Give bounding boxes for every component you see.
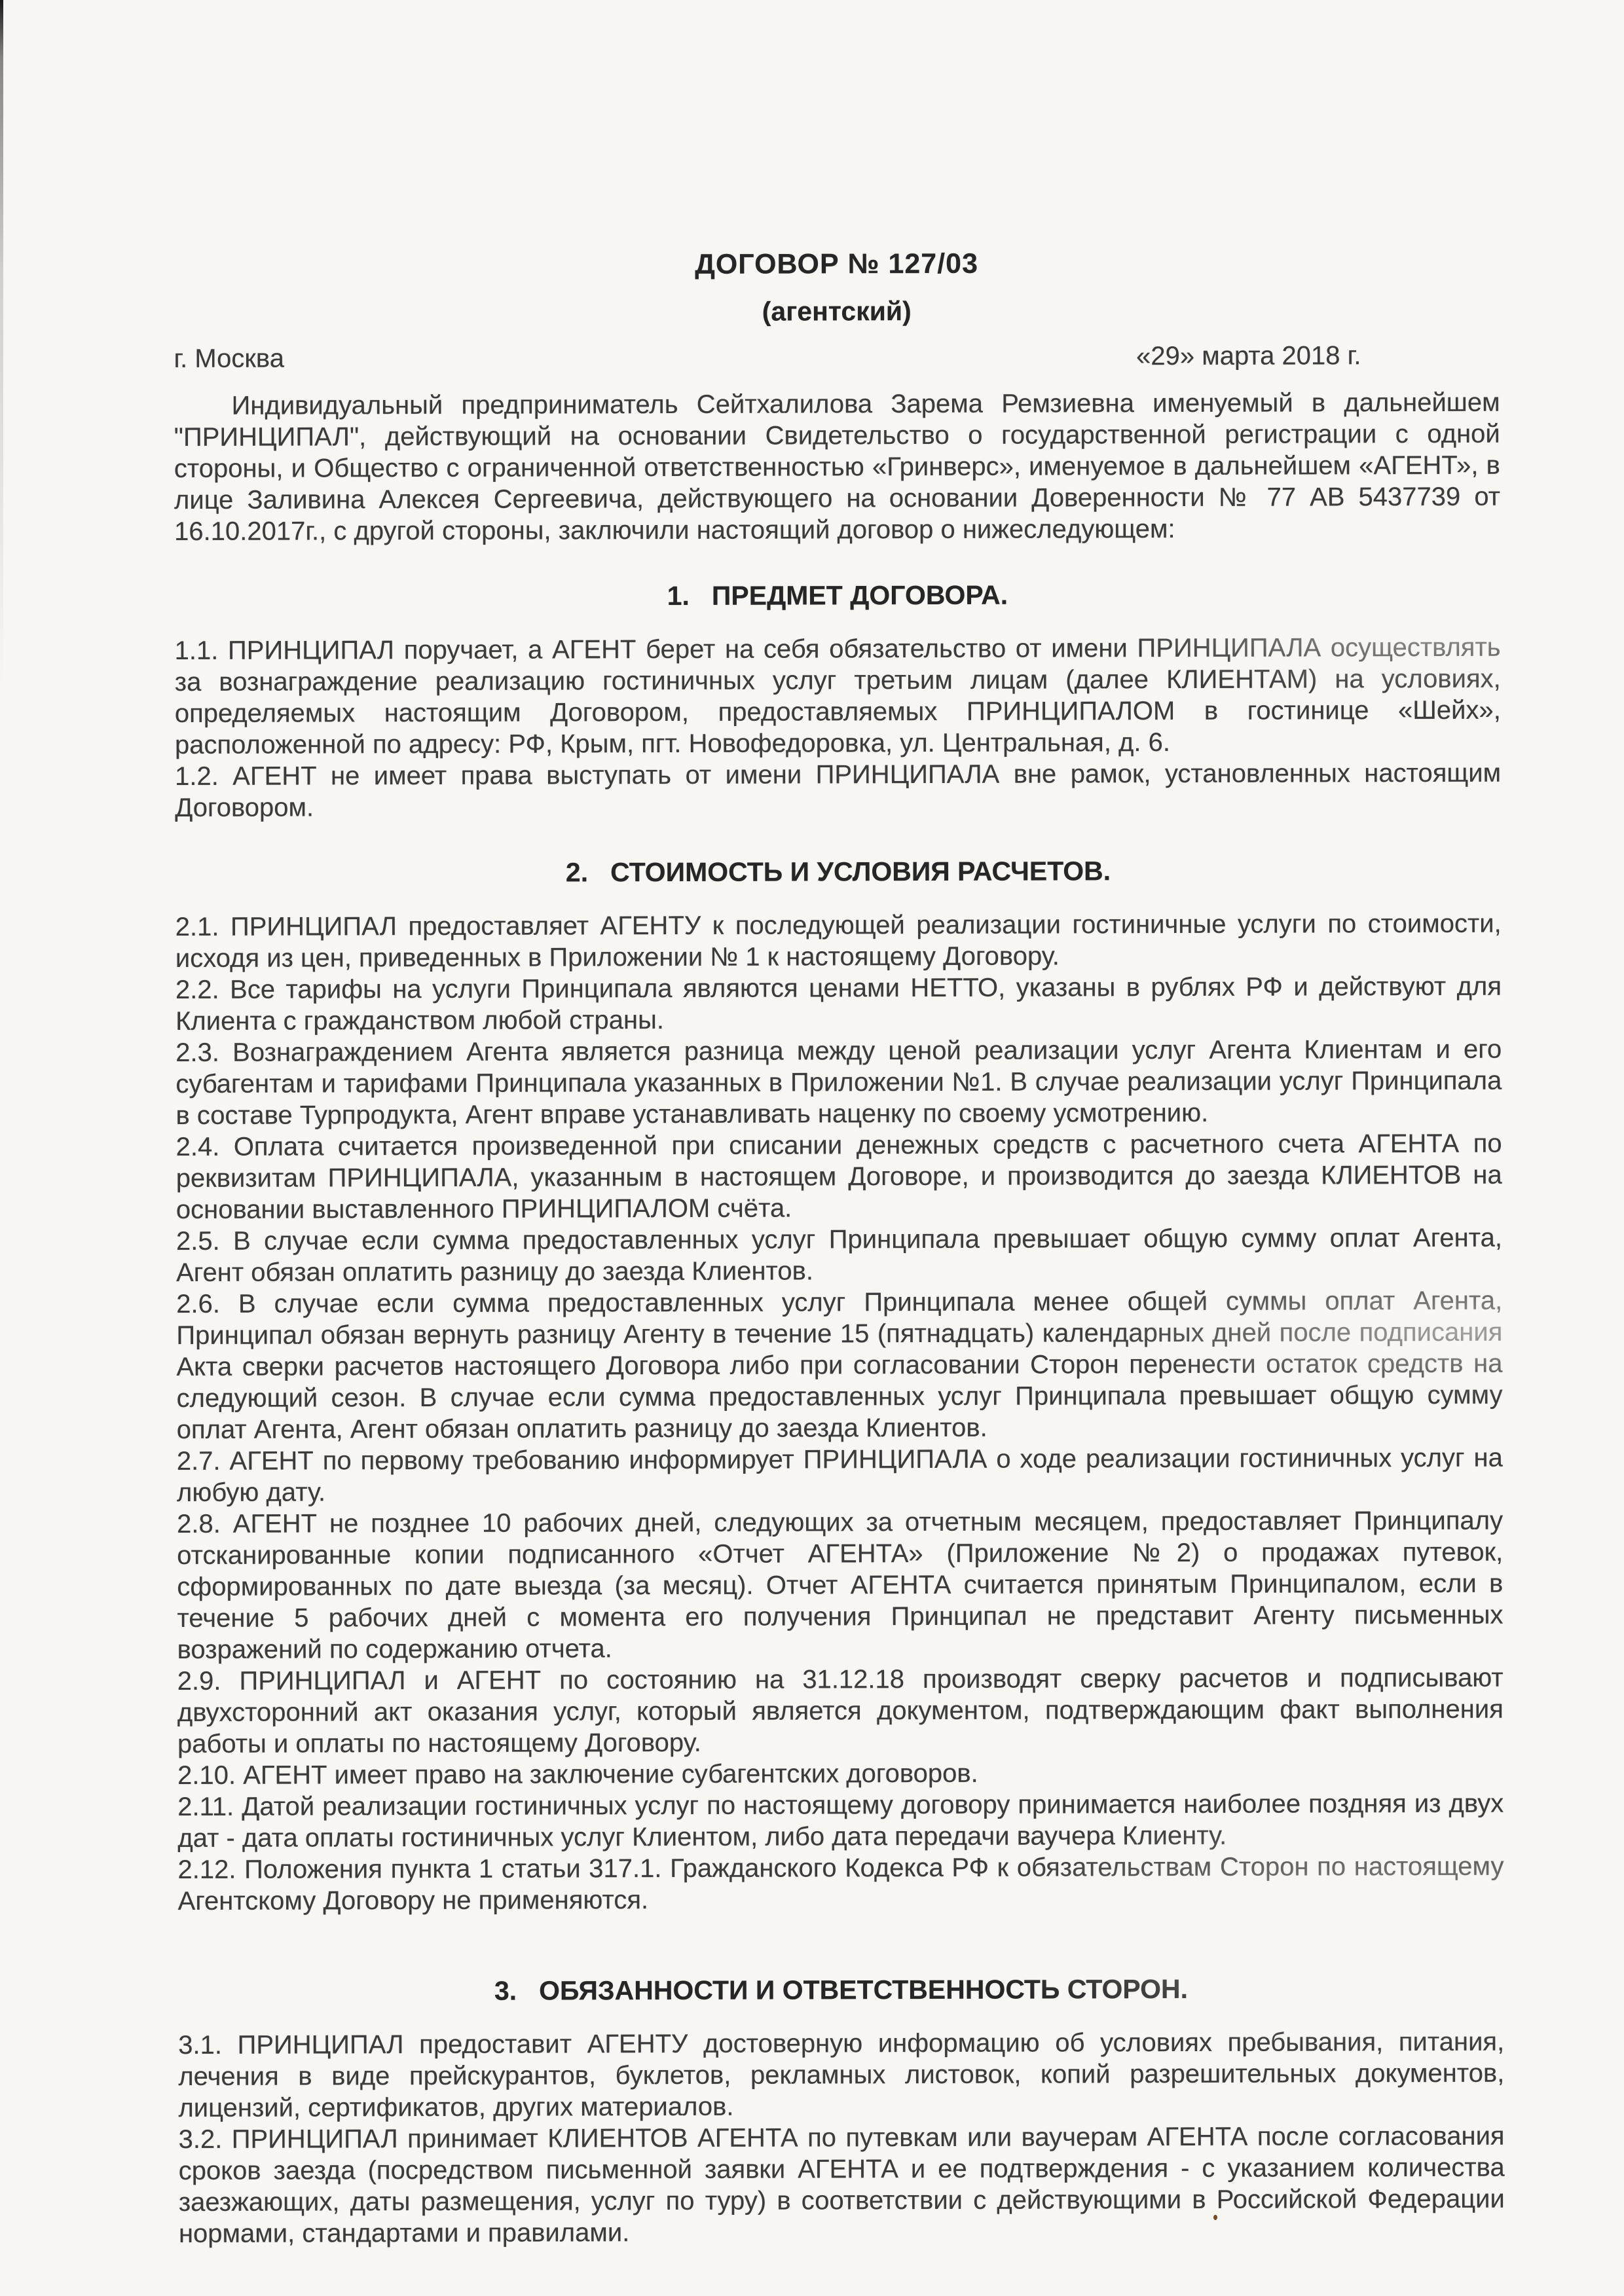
clause-2-4: 2.4. Оплата считается произведенной при … — [176, 1128, 1502, 1226]
clause-2-7: 2.7. АГЕНТ по первому требованию информи… — [177, 1442, 1503, 1508]
section-2-title: СТОИМОСТЬ И УСЛОВИЯ РАСЧЕТОВ. — [610, 856, 1111, 887]
meta-row: г. Москва «29» марта 2018 г. — [174, 340, 1500, 374]
clause-2-2: 2.2. Все тарифы на услуги Принципала явл… — [175, 971, 1502, 1037]
section-2-number: 2. — [566, 857, 588, 887]
section-1-title: ПРЕДМЕТ ДОГОВОРА. — [712, 580, 1008, 611]
clause-1-2: 1.2. АГЕНТ не имеет права выступать от и… — [175, 757, 1501, 824]
preamble-paragraph: Индивидуальный предприниматель Сейтхалил… — [174, 387, 1501, 547]
clause-2-6: 2.6. В случае если сумма предоставленных… — [176, 1285, 1503, 1446]
section-1-heading: 1.ПРЕДМЕТ ДОГОВОРА. — [174, 578, 1500, 613]
date-label: «29» марта 2018 г. — [1136, 340, 1361, 372]
clause-3-1: 3.1. ПРИНЦИПАЛ предоставит АГЕНТУ достов… — [178, 2026, 1504, 2124]
clause-2-8: 2.8. АГЕНТ не позднее 10 рабочих дней, с… — [177, 1505, 1504, 1666]
clause-3-2: 3.2. ПРИНЦИПАЛ принимает КЛИЕНТОВ АГЕНТА… — [178, 2121, 1504, 2250]
section-3-title: ОБЯЗАННОСТИ И ОТВЕТСТВЕННОСТЬ СТОРОН. — [539, 1974, 1188, 2006]
section-3-heading: 3.ОБЯЗАННОСТИ И ОТВЕТСТВЕННОСТЬ СТОРОН. — [178, 1973, 1504, 2007]
clause-2-1: 2.1. ПРИНЦИПАЛ предоставляет АГЕНТУ к по… — [175, 908, 1502, 974]
section-2-heading: 2.СТОИМОСТЬ И УСЛОВИЯ РАСЧЕТОВ. — [175, 854, 1501, 889]
clause-1-1: 1.1. ПРИНЦИПАЛ поручает, а АГЕНТ берет н… — [175, 632, 1501, 761]
city-label: г. Москва — [174, 343, 284, 374]
document-page: ДОГОВОР № 127/03 (агентский) г. Москва «… — [0, 0, 1624, 2296]
document-subtitle: (агентский) — [174, 294, 1500, 329]
clause-2-10: 2.10. АГЕНТ имеет право на заключение су… — [177, 1757, 1504, 1791]
clause-2-12: 2.12. Положения пункта 1 статьи 317.1. Г… — [177, 1851, 1504, 1917]
scan-speck-artifact — [1213, 2215, 1217, 2220]
clause-2-11: 2.11. Датой реализации гостиничных услуг… — [177, 1788, 1504, 1854]
clause-2-3: 2.3. Вознаграждением Агента является раз… — [175, 1034, 1502, 1131]
contract-document: ДОГОВОР № 127/03 (агентский) г. Москва «… — [174, 247, 1505, 2250]
section-1-number: 1. — [667, 581, 690, 611]
clause-2-9: 2.9. ПРИНЦИПАЛ и АГЕНТ по состоянию на 3… — [177, 1662, 1504, 1760]
clause-2-5: 2.5. В случае если сумма предоставленных… — [176, 1222, 1502, 1288]
section-3-number: 3. — [494, 1976, 517, 2006]
document-title: ДОГОВОР № 127/03 — [174, 247, 1500, 282]
scan-edge-artifact — [0, 0, 3, 982]
